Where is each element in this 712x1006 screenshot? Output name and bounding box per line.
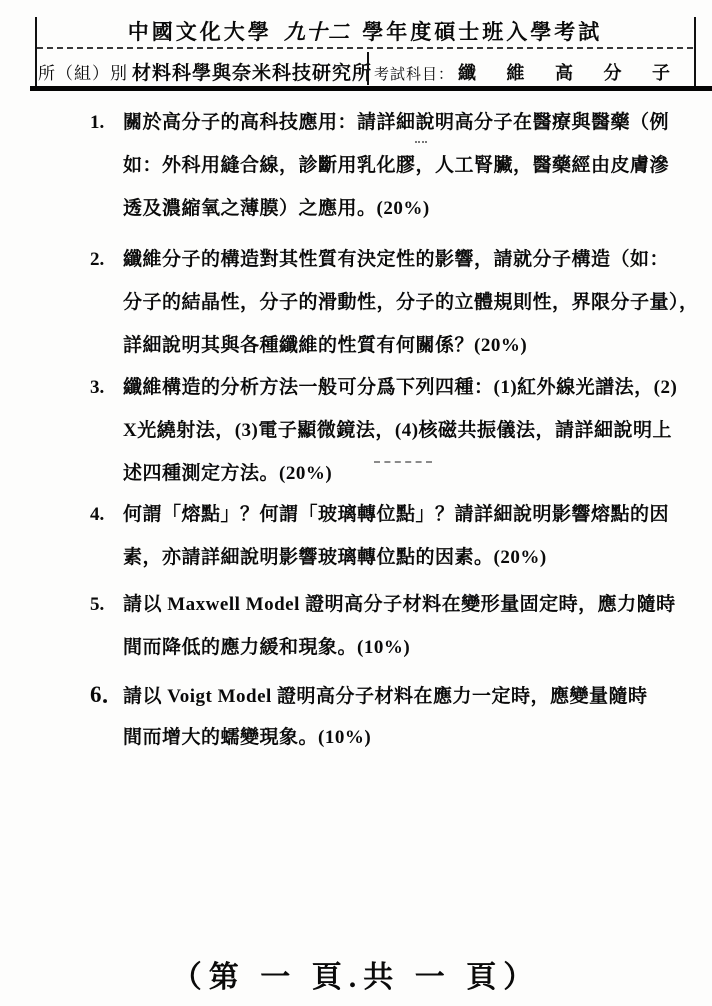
department-field: 所（組）別 材料科學與奈米科技研究所: [38, 58, 372, 85]
question-number: 4.: [90, 493, 123, 536]
question-text: 關於高分子的高科技應用：請詳細說明高分子在醫療與醫藥（例: [123, 112, 669, 133]
page-number-footer: （第 一 頁.共 一 頁）: [0, 952, 712, 996]
question-line: 間而降低的應力緩和現象。(10%): [90, 626, 680, 669]
academic-year-handwritten: 九十二: [280, 21, 354, 44]
scan-artifact-dashes: [374, 461, 432, 463]
question-number: 5.: [90, 583, 123, 626]
question-line: 2.纖維分子的構造對其性質有決定性的影響，請就分子構造（如：: [90, 238, 680, 281]
question-text: 何謂「熔點」？何謂「玻璃轉位點」？請詳細說明影響熔點的因: [123, 504, 669, 525]
question-1: 1.關於高分子的高科技應用：請詳細說明高分子在醫療與醫藥（例 如：外科用縫合線，…: [90, 101, 680, 230]
header-info-row: 所（組）別 材料科學與奈米科技研究所 考試科目： 纖 維 高 分 子: [0, 55, 712, 85]
question-6: 6．請以 Voigt Model 證明高分子材料在應力一定時，應變量隨時 間而增…: [90, 673, 680, 759]
question-line: 素，亦請詳細說明影響玻璃轉位點的因素。(20%): [90, 536, 680, 579]
question-number: 2.: [90, 238, 123, 281]
header-bottom-rule: [30, 86, 712, 91]
university-name: 中國文化大學: [128, 20, 272, 44]
question-line: 1.關於高分子的高科技應用：請詳細說明高分子在醫療與醫藥（例: [90, 101, 680, 144]
question-number: 1.: [90, 101, 123, 144]
exam-name: 學年度碩士班入學考試: [362, 20, 602, 44]
question-2: 2.纖維分子的構造對其性質有決定性的影響，請就分子構造（如： 分子的結晶性，分子…: [90, 238, 680, 367]
question-text: 請以 Voigt Model 證明高分子材料在應力一定時，應變量隨時: [123, 686, 648, 707]
question-line: 述四種測定方法。(20%): [90, 452, 680, 495]
department-name: 材料科學與奈米科技研究所: [132, 63, 372, 84]
question-number: 6．: [90, 673, 123, 716]
question-text: 請以 Maxwell Model 證明高分子材料在變形量固定時，應力隨時: [123, 594, 676, 615]
question-3: 3.纖維構造的分析方法一般可分爲下列四種：(1)紅外線光譜法，(2) X光繞射法…: [90, 366, 680, 495]
exam-paper-page: 中國文化大學 九十二 學年度碩士班入學考試 所（組）別 材料科學與奈米科技研究所…: [0, 0, 712, 1006]
question-text: 纖維構造的分析方法一般可分爲下列四種：(1)紅外線光譜法，(2): [123, 377, 677, 398]
question-line: 5.請以 Maxwell Model 證明高分子材料在變形量固定時，應力隨時: [90, 583, 680, 626]
subject-field: 考試科目： 纖 維 高 分 子: [374, 59, 674, 85]
exam-title: 中國文化大學 九十二 學年度碩士班入學考試: [36, 16, 694, 46]
department-label: 所（組）別: [38, 64, 128, 83]
question-text: 纖維分子的構造對其性質有決定性的影響，請就分子構造（如：: [123, 249, 669, 270]
question-4: 4.何謂「熔點」？何謂「玻璃轉位點」？請詳細說明影響熔點的因 素，亦請詳細說明影…: [90, 493, 680, 579]
question-line: 3.纖維構造的分析方法一般可分爲下列四種：(1)紅外線光譜法，(2): [90, 366, 680, 409]
header-column-separator: [367, 52, 369, 85]
question-5: 5.請以 Maxwell Model 證明高分子材料在變形量固定時，應力隨時 間…: [90, 583, 680, 669]
question-line: 4.何謂「熔點」？何謂「玻璃轉位點」？請詳細說明影響熔點的因: [90, 493, 680, 536]
question-number: 3.: [90, 366, 123, 409]
question-line: 間而增大的蠕變現象。(10%): [90, 716, 680, 759]
question-line: 6．請以 Voigt Model 證明高分子材料在應力一定時，應變量隨時: [90, 673, 680, 716]
question-line: 詳細說明其與各種纖維的性質有何關係？(20%): [90, 324, 680, 367]
header-dashed-divider: [37, 47, 693, 49]
question-line: X光繞射法，(3)電子顯微鏡法，(4)核磁共振儀法，請詳細說明上: [90, 409, 680, 452]
subject-label: 考試科目：: [374, 67, 454, 83]
scan-artifact-dots: [415, 141, 427, 143]
subject-name: 纖 維 高 分 子: [458, 63, 674, 83]
question-line: 透及濃縮氧之薄膜）之應用。(20%): [90, 187, 680, 230]
question-line: 如：外科用縫合線，診斷用乳化膠，人工腎臟，醫藥經由皮膚滲: [90, 144, 680, 187]
question-line: 分子的結晶性，分子的滑動性，分子的立體規則性，界限分子量），: [90, 281, 680, 324]
